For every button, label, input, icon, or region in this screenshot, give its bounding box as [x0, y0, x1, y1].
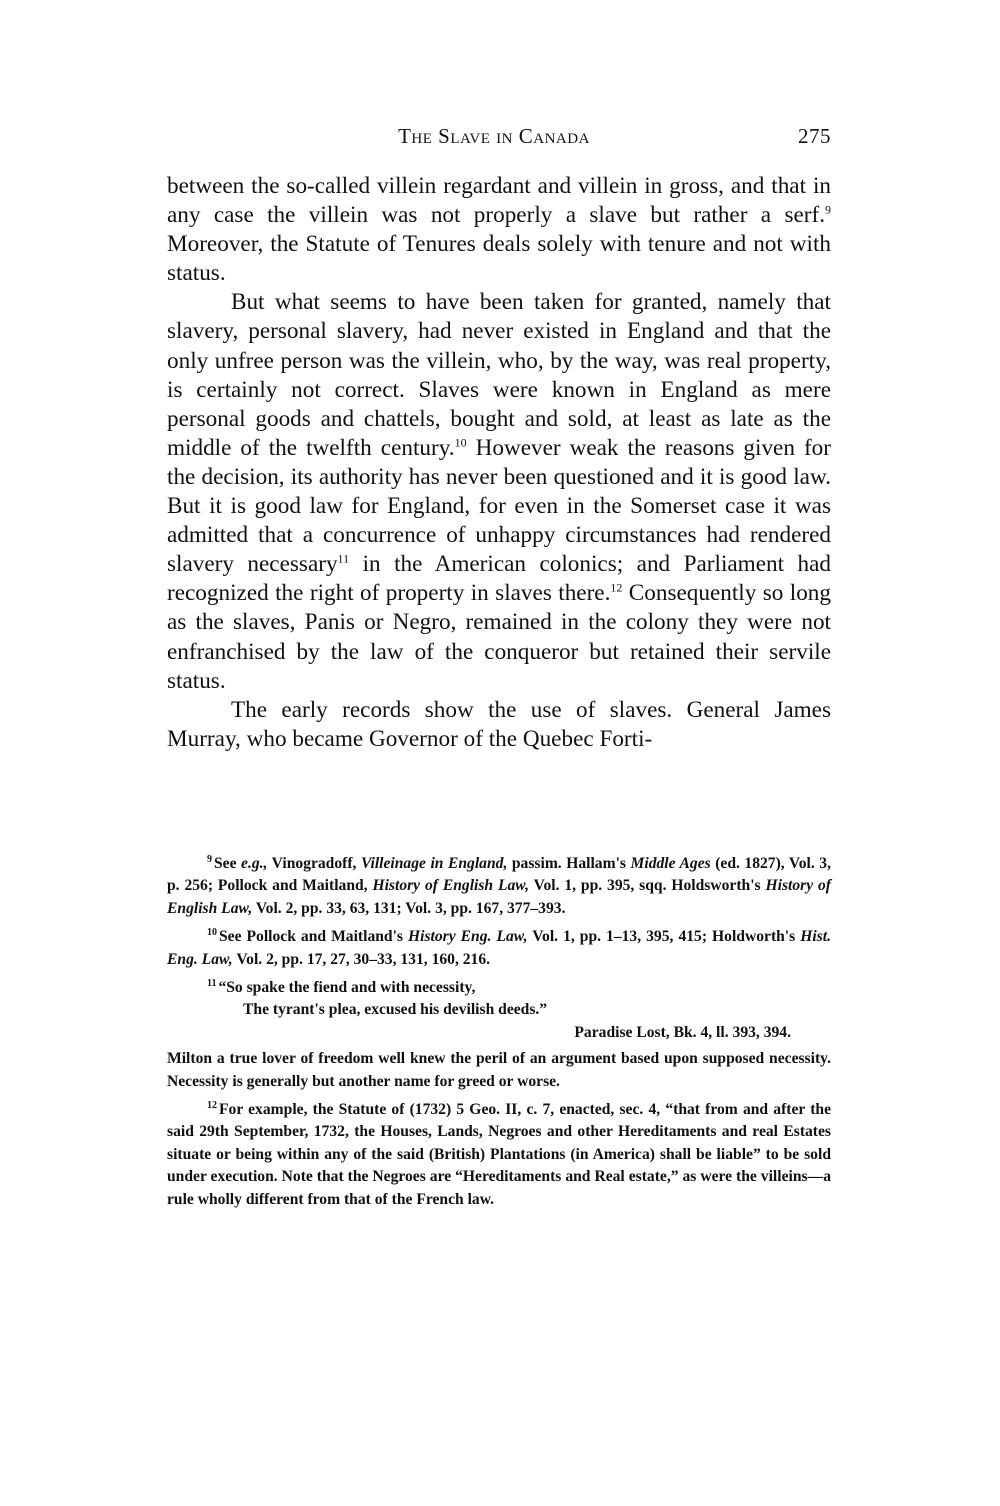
- fn-text: Vinogradoff,: [267, 855, 361, 872]
- fn-text: For example, the Statute of (1732) 5 Geo…: [167, 1101, 831, 1208]
- footnote-ref-9[interactable]: 9: [825, 202, 831, 216]
- verse-attribution: Paradise Lost, Bk. 4, ll. 393, 394.: [167, 1022, 831, 1044]
- footnote-ref-10[interactable]: 10: [455, 435, 467, 449]
- fn-text: Vol. 1, pp. 395, sqq. Holdsworth's: [529, 877, 765, 894]
- running-head: The Slave in Canada 275: [167, 124, 831, 154]
- fn-italic: History of English Law,: [372, 877, 529, 894]
- footnote-10: 10See Pollock and Maitland's History Eng…: [167, 926, 831, 971]
- fn-text: Vol. 2, pp. 33, 63, 131; Vol. 3, pp. 167…: [252, 900, 565, 917]
- paragraph-2: But what seems to have been taken for gr…: [167, 288, 831, 695]
- footnote-mark: 10: [207, 927, 217, 938]
- text-run: Moreover, the Statute of Tenures deals s…: [167, 231, 831, 286]
- verse-line-2: The tyrant's plea, excused his devilish …: [167, 999, 831, 1021]
- paragraph-1: between the so-called villein regardant …: [167, 172, 831, 288]
- fn-text: See Pollock and Maitland's: [219, 928, 408, 945]
- fn-italic: Villeinage in England,: [361, 855, 507, 872]
- footnote-mark: 11: [207, 978, 216, 989]
- footnote-11-comment: Milton a true lover of freedom well knew…: [167, 1048, 831, 1093]
- fn-text: Vol. 2, pp. 17, 27, 30–33, 131, 160, 216…: [233, 951, 490, 968]
- body-text: between the so-called villein regardant …: [167, 172, 831, 754]
- verse-text: “So spake the fiend and with necessity,: [218, 979, 475, 996]
- footnote-mark: 9: [207, 854, 212, 865]
- fn-text: passim. Hallam's: [507, 855, 630, 872]
- footnote-mark: 12: [207, 1100, 217, 1111]
- fn-text: Vol. 1, pp. 1–13, 395, 415; Holdworth's: [527, 928, 800, 945]
- footnote-9: 9See e.g., Vinogradoff, Villeinage in En…: [167, 853, 831, 920]
- footnote-ref-12[interactable]: 12: [610, 581, 622, 595]
- footnotes: 9See e.g., Vinogradoff, Villeinage in En…: [167, 853, 831, 1217]
- text-run: The early records show the use of slaves…: [167, 697, 831, 752]
- fn-italic: History Eng. Law,: [408, 928, 527, 945]
- running-title: The Slave in Canada: [167, 124, 831, 149]
- footnote-11-verse: 11“So spake the fiend and with necessity…: [167, 977, 831, 1044]
- footnote-12: 12For example, the Statute of (1732) 5 G…: [167, 1099, 831, 1211]
- footnote-ref-11[interactable]: 11: [338, 551, 350, 565]
- verse-line-1: 11“So spake the fiend and with necessity…: [167, 977, 831, 999]
- text-run: between the so-called villein regardant …: [167, 173, 831, 228]
- fn-italic: e.g.,: [241, 855, 267, 872]
- paragraph-3: The early records show the use of slaves…: [167, 696, 831, 754]
- fn-italic: Middle Ages: [631, 855, 711, 872]
- page-number: 275: [798, 124, 831, 149]
- fn-text: See: [214, 855, 241, 872]
